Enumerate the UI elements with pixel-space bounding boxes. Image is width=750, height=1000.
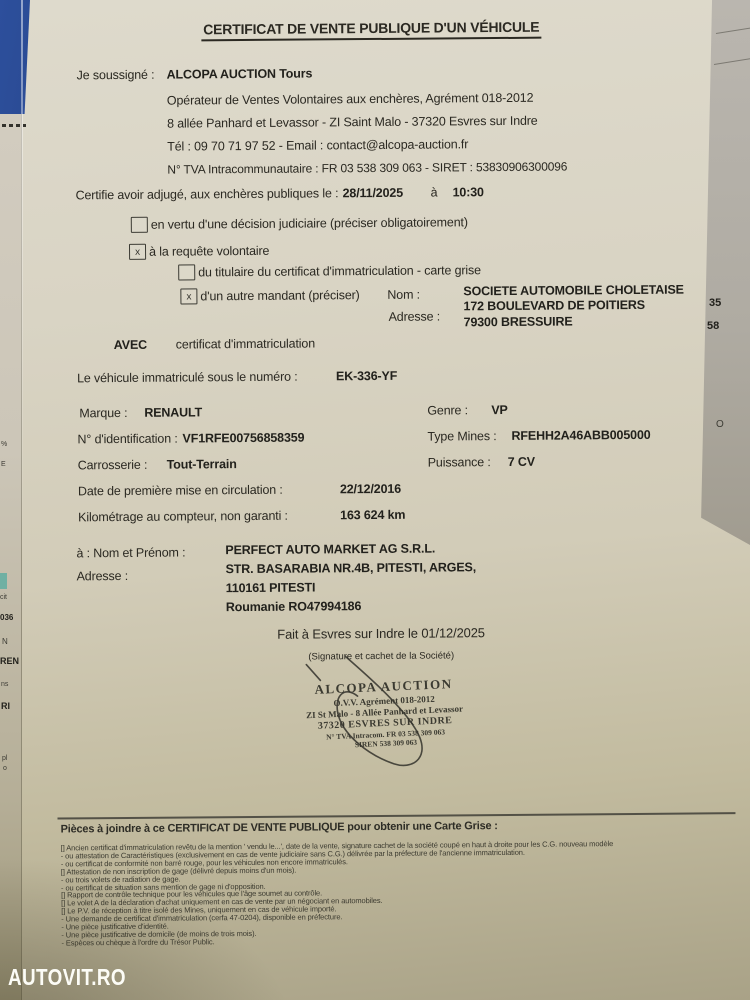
genre-label: Genre : xyxy=(427,403,468,417)
buyer-address-value: STR. BASARABIA NR.4B, PITESTI, ARGES, xyxy=(225,560,476,576)
puissance-label: Puissance : xyxy=(428,455,491,469)
document-title: CERTIFICAT DE VENTE PUBLIQUE D'UN VÉHICU… xyxy=(201,19,541,42)
genre-value: VP xyxy=(491,403,507,417)
principal-name-value: SOCIETE AUTOMOBILE CHOLETAISE xyxy=(463,283,684,299)
principal-address-value: 172 BOULEVARD DE POITIERS xyxy=(463,298,645,313)
carrosserie-label: Carrosserie : xyxy=(78,458,148,473)
checkbox-holder xyxy=(178,264,195,280)
option-judicial-label: en vertu d'une décision judiciaire (préc… xyxy=(151,215,468,231)
type-mines-label: Type Mines : xyxy=(427,429,496,444)
mileage-label: Kilométrage au compteur, non garanti : xyxy=(78,509,288,525)
seller-name: ALCOPA AUCTION Tours xyxy=(167,66,313,81)
checkbox-judicial xyxy=(131,217,148,233)
certificate-document: CERTIFICAT DE VENTE PUBLIQUE D'UN VÉHICU… xyxy=(0,0,750,1000)
checkbox-other-principal: x xyxy=(180,288,197,304)
first-registration-value: 22/12/2016 xyxy=(340,482,401,496)
buyer-address-value: Roumanie RO47994186 xyxy=(226,599,362,614)
option-other-principal-label: d'un autre mandant (préciser) xyxy=(200,288,359,303)
seller-line: Tél : 09 70 71 97 52 - Email : contact@a… xyxy=(167,137,468,153)
type-mines-value: RFEHH2A46ABB005000 xyxy=(511,428,650,443)
registration-label: Le véhicule immatriculé sous le numéro : xyxy=(77,370,298,386)
handwritten-signature xyxy=(301,649,472,780)
section-divider xyxy=(57,812,735,819)
buyer-address-label: Adresse : xyxy=(77,569,129,583)
checkbox-mark: x xyxy=(135,246,140,257)
marque-label: Marque : xyxy=(79,406,127,420)
puissance-value: 7 CV xyxy=(508,455,535,469)
buyer-name-label: à : Nom et Prénom : xyxy=(76,545,185,560)
marque-value: RENAULT xyxy=(144,405,202,419)
attachment-item: - Espèces ou chèque à l'ordre du Trésor … xyxy=(61,935,613,947)
registration-value: EK-336-YF xyxy=(336,369,397,383)
seller-line: 8 allée Panhard et Levassor - ZI Saint M… xyxy=(167,114,538,131)
seller-intro-label: Je soussigné : xyxy=(77,68,155,83)
mileage-value: 163 624 km xyxy=(340,508,405,523)
buyer-name-value: PERFECT AUTO MARKET AG S.R.L. xyxy=(225,542,435,558)
option-voluntary-label: à la requête volontaire xyxy=(149,244,269,259)
principal-name-label: Nom : xyxy=(387,288,420,302)
carrosserie-value: Tout-Terrain xyxy=(167,457,237,472)
with-text: certificat d'immatriculation xyxy=(176,336,315,351)
first-registration-label: Date de première mise en circulation : xyxy=(78,483,283,499)
auction-time-value: 10:30 xyxy=(453,185,484,199)
watermark-logo: AUTOVIT.RO xyxy=(8,964,126,991)
auction-date-value: 28/11/2025 xyxy=(343,186,403,200)
with-label: AVEC xyxy=(114,338,147,352)
document-title-row: CERTIFICAT DE VENTE PUBLIQUE D'UN VÉHICU… xyxy=(0,17,746,43)
attachments-list: [] Ancien certificat d'immatriculation r… xyxy=(61,840,614,947)
option-holder-label: du titulaire du certificat d'immatricula… xyxy=(198,263,481,279)
vin-value: VF1RFE00756858359 xyxy=(182,431,304,446)
principal-address-value: 79300 BRESSUIRE xyxy=(464,314,573,329)
attachments-heading: Pièces à joindre à ce CERTIFICAT DE VENT… xyxy=(61,820,498,835)
checkbox-mark: x xyxy=(186,291,191,302)
principal-address-label: Adresse : xyxy=(389,309,441,323)
place-date-line: Fait à Esvres sur Indre le 01/12/2025 xyxy=(1,623,750,644)
auction-at-label: à xyxy=(431,186,438,200)
auction-date-label: Certifie avoir adjugé, aux enchères publ… xyxy=(76,186,339,202)
seller-line: N° TVA Intracommunautaire : FR 03 538 30… xyxy=(167,159,567,176)
checkbox-voluntary: x xyxy=(129,244,146,260)
vin-label: N° d'identification : xyxy=(77,432,177,447)
buyer-address-value: 110161 PITESTI xyxy=(226,580,316,595)
seller-line: Opérateur de Ventes Volontaires aux ench… xyxy=(167,91,534,108)
